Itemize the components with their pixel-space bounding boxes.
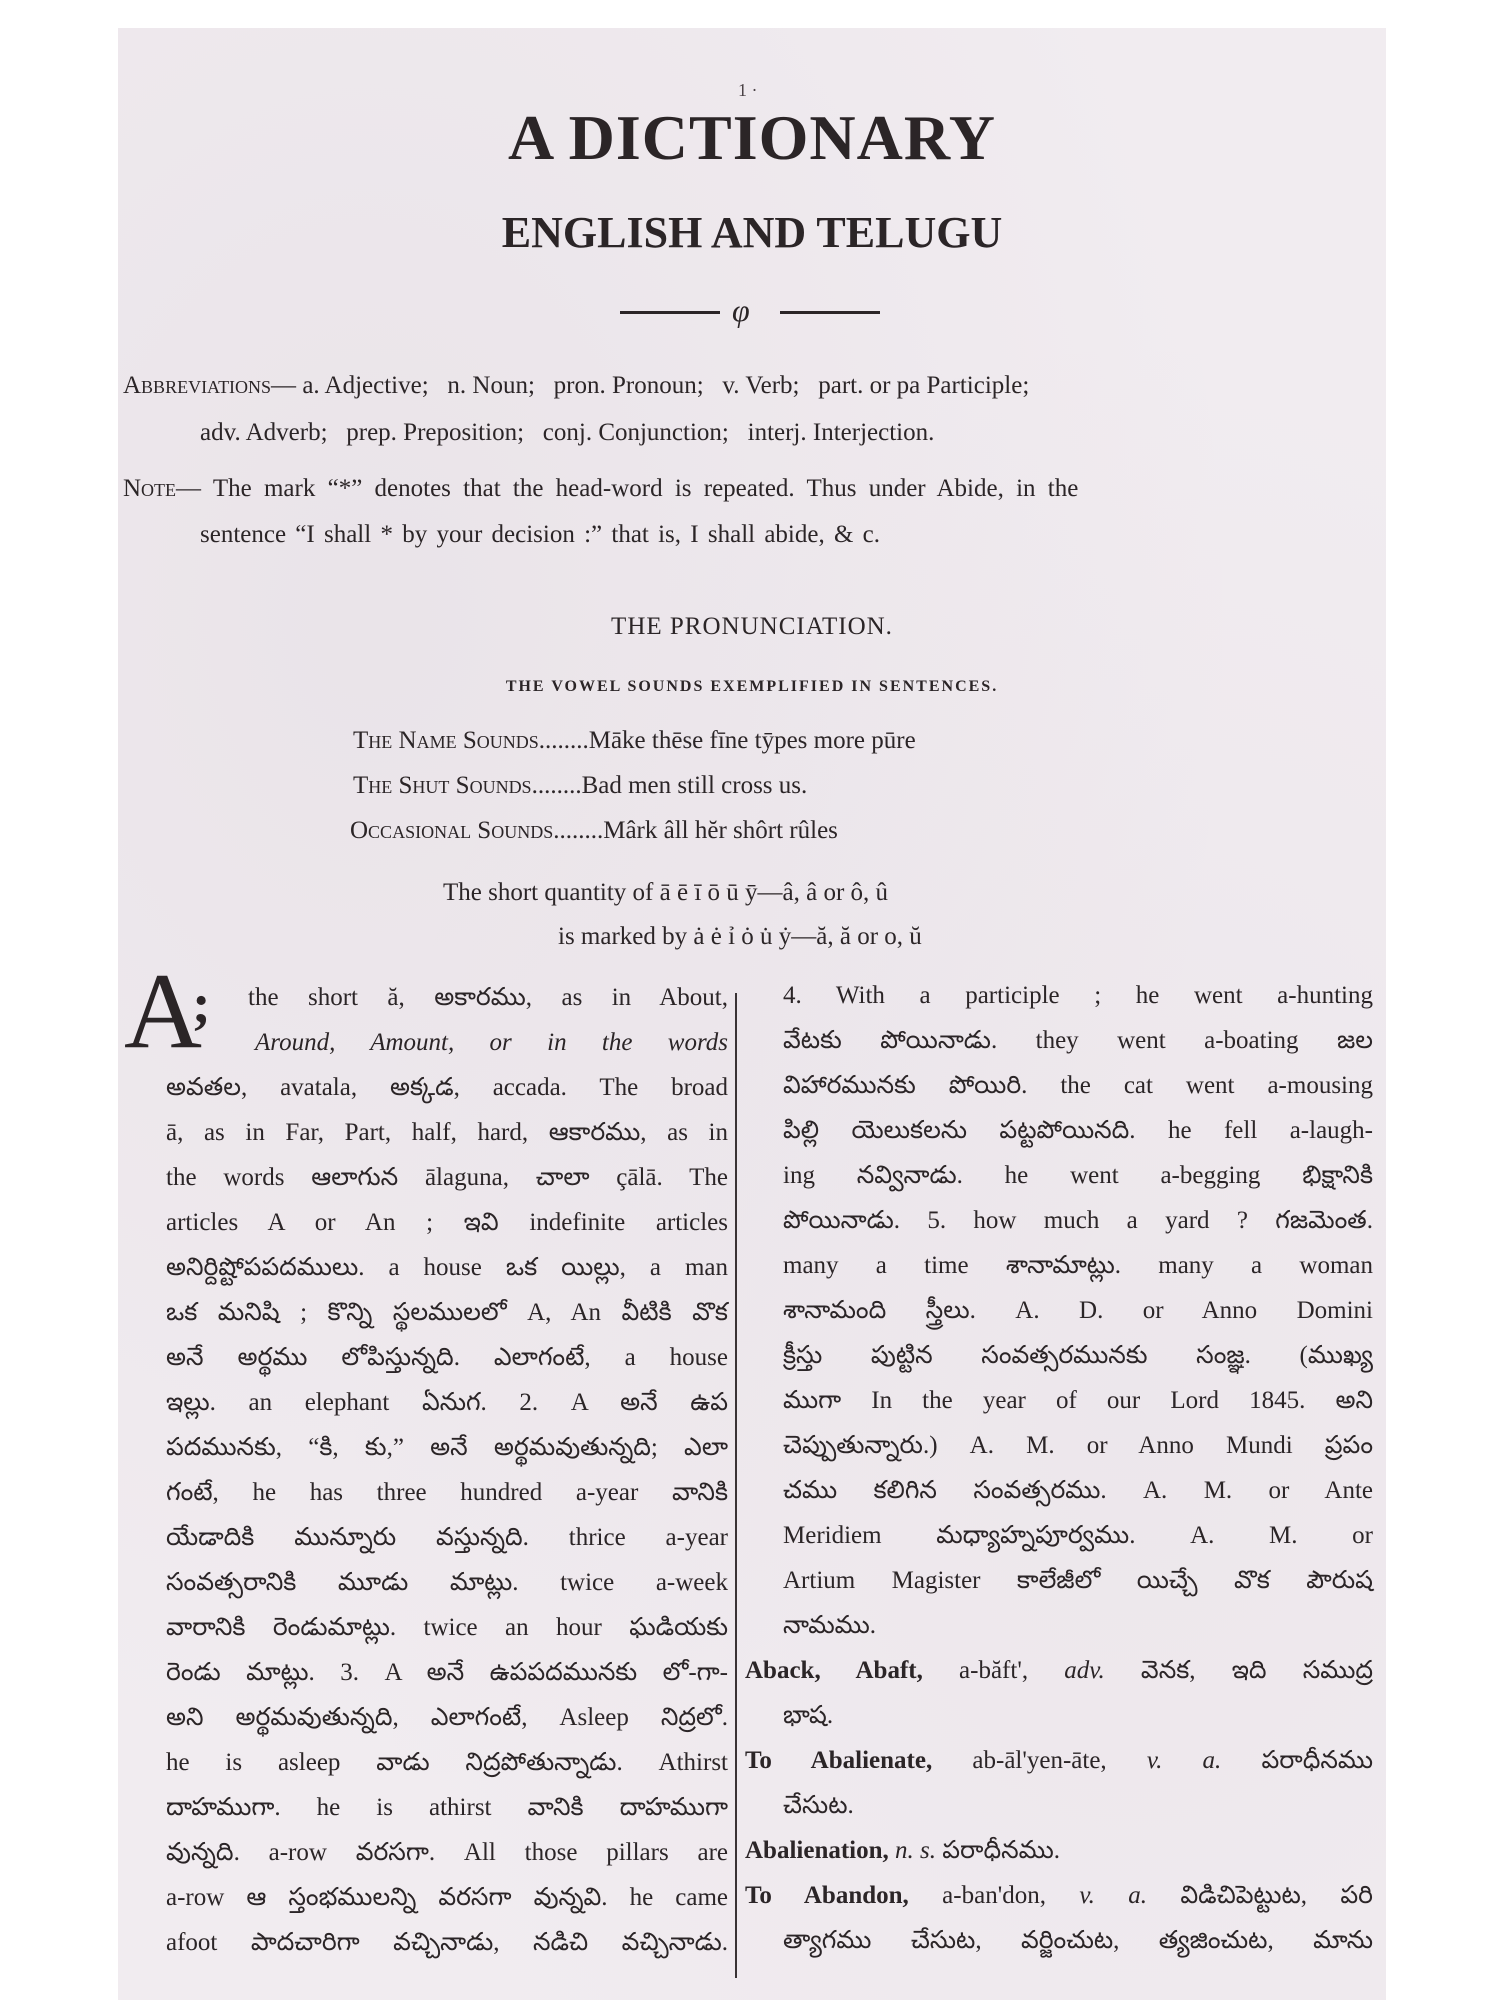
headword-dropcap: A — [124, 958, 202, 1066]
entry-headword: Aback, Abaft, — [745, 1657, 923, 1684]
entry-line: చము కలిగిన సంవత్సరము. A. M. or Ante — [783, 1478, 1373, 1503]
vowel-sounds-subtitle: THE VOWEL SOUNDS EXEMPLIFIED IN SENTENCE… — [118, 678, 1386, 696]
short-quantity-line-1: The short quantity of ā ē ī ō ū ȳ—â, â o… — [443, 880, 888, 905]
dictionary-entry-abandon: To Abandon, a-ban'don, v. a. విడిచిపెట్ట… — [745, 1883, 1373, 1908]
entry-continuation: త్యాగము చేసుట, వర్జించుట, త్యజించుట, మాన… — [783, 1928, 1373, 1953]
name-sounds-example: Māke thēse fīne tȳpes more pūre — [589, 727, 916, 754]
pronunciation-title: THE PRONUNCIATION. — [118, 613, 1386, 641]
entry-line: ఇల్లు. an elephant ఏనుగ. 2. A అనే ఉప — [166, 1390, 728, 1415]
entry-pos: v. a. — [1079, 1882, 1147, 1909]
entry-pronunciation: a-băft', — [959, 1657, 1028, 1684]
entry-line: ముగా In the year of our Lord 1845. అని — [783, 1388, 1373, 1413]
entry-headword: To Abalienate, — [745, 1747, 932, 1774]
entry-line: articles A or An ; ఇవి indefinite articl… — [166, 1210, 728, 1235]
page-title: A DICTIONARY — [118, 106, 1386, 170]
entry-line: పోయినాడు. 5. how much a yard ? గజమెంత. — [783, 1208, 1373, 1233]
occasional-sounds-row: Occasional Sounds........Mârk âll hĕr sh… — [350, 818, 838, 843]
note-label: Note— — [123, 475, 201, 502]
entry-line: ā, as in Far, Part, half, hard, ఆకారము, … — [166, 1120, 728, 1145]
entry-line: పదమునకు, “కి, కు,” అనే అర్థమవుతున్నది; ఎ… — [166, 1435, 728, 1460]
entry-line: వున్నది. a-row వరసగా. All those pillars … — [166, 1840, 728, 1865]
dictionary-entry-abalienate: To Abalienate, ab-āl'yen-āte, v. a. పరాధ… — [745, 1748, 1373, 1773]
dictionary-entry-aback: Aback, Abaft, a-băft', adv. వెనక, ఇది సమ… — [745, 1658, 1373, 1683]
entry-line: పిల్లి యెలుకలను పట్టపోయినది. he fell a-l… — [783, 1118, 1373, 1143]
page-subtitle: ENGLISH AND TELUGU — [118, 211, 1386, 255]
entry-line: అనిర్దిష్టోపపదములు. a house ఒక యిల్లు, a… — [166, 1255, 728, 1280]
ornament-divider: φ — [620, 298, 880, 328]
note-text-2: sentence “I shall * by your decision :” … — [200, 521, 880, 548]
shut-sounds-row: The Shut Sounds........Bad men still cro… — [353, 773, 807, 798]
entry-definition: పరాధీనము — [1262, 1747, 1374, 1774]
entry-line: a-row ఆ స్తంభములన్ని వరసగా వున్నవి. he c… — [166, 1885, 728, 1910]
entry-line: the words ఆలాగున ālaguna, చాలా çālā. The — [166, 1165, 728, 1190]
entry-continuation: చేసుట. — [783, 1793, 854, 1818]
entry-line: విహారమునకు పోయిరి. the cat went a-mousin… — [783, 1073, 1373, 1098]
note-line-1: Note— The mark “*” denotes that the head… — [123, 476, 1078, 501]
entry-headword: To Abandon, — [745, 1882, 909, 1909]
ornament-rule-left — [620, 311, 720, 314]
abbreviations-line-1: Abbreviations— a. Adjective; n. Noun; pr… — [123, 373, 1029, 398]
entry-line: చెప్పుతున్నారు.) A. M. or Anno Mundi ప్ర… — [783, 1433, 1373, 1458]
entry-line: దాహముగా. he is athirst వానికి దాహముగా — [166, 1795, 728, 1820]
entry-line: అవతల, avatala, అక్కడ, accada. The broad — [166, 1075, 728, 1100]
entry-pronunciation: a-ban'don, — [942, 1882, 1046, 1909]
entry-line: క్రీస్తు పుట్టిన సంవత్సరమునకు సంజ్ఞ. (ము… — [783, 1343, 1373, 1368]
entry-pronunciation: ab-āl'yen-āte, — [972, 1747, 1106, 1774]
entry-line: 4. With a participle ; he went a-hunting — [783, 983, 1373, 1008]
entry-line: అనే అర్థము లోపిస్తున్నది. ఎలాగంటే, a hou… — [166, 1345, 728, 1370]
headword-dropcap-punct: ; — [192, 976, 211, 1032]
entry-line: యేడాదికి మున్నూరు వస్తున్నది. thrice a-y… — [166, 1525, 728, 1550]
occasional-sounds-label: Occasional Sounds........ — [350, 817, 603, 844]
entry-definition: వెనక, ఇది సముద్ర — [1141, 1657, 1373, 1684]
entry-line: Artium Magister కాలేజీలో యిచ్చే వొక పౌరు… — [783, 1568, 1373, 1593]
entry-pos: v. a. — [1147, 1747, 1221, 1774]
entry-line: he is asleep వాడు నిద్రపోతున్నాడు. Athir… — [166, 1750, 728, 1775]
entry-pos: n. s. — [895, 1837, 936, 1864]
ornament-rule-right — [780, 311, 880, 314]
name-sounds-row: The Name Sounds........Māke thēse fīne t… — [353, 728, 916, 753]
dictionary-entry-abalienation: Abalienation, n. s. పరాధీనము. — [745, 1838, 1060, 1863]
entry-line: వారానికి రెండుమాట్లు. twice an hour ఘడియ… — [166, 1615, 728, 1640]
shut-sounds-example: Bad men still cross us. — [582, 772, 808, 799]
entry-pos: adv. — [1064, 1657, 1105, 1684]
entry-line: Around, Amount, or in the words — [255, 1030, 728, 1055]
entry-definition: పరాధీనము. — [942, 1837, 1060, 1864]
entry-line: రెండు మాట్లు. 3. A అనే ఉపపదమునకు లో-గా- — [166, 1660, 728, 1685]
occasional-sounds-example: Mârk âll hĕr shôrt rûles — [603, 817, 838, 844]
entry-line: శానామంది స్త్రీలు. A. D. or Anno Domini — [783, 1298, 1373, 1323]
page-mark: 1 · — [738, 80, 758, 101]
phi-ornament-icon: φ — [732, 292, 750, 329]
abbreviations-text-1: a. Adjective; n. Noun; pron. Pronoun; v.… — [302, 372, 1029, 399]
entry-continuation: భాష. — [783, 1703, 833, 1728]
entry-line: many a time శానామాట్లు. many a woman — [783, 1253, 1373, 1278]
entry-headword: Abalienation, — [745, 1837, 889, 1864]
abbreviations-label: Abbreviations— — [123, 372, 296, 399]
entry-line: ఒక మనిషి ; కొన్ని స్థలములలో A, An వీటికి… — [166, 1300, 728, 1325]
column-divider — [735, 993, 737, 1978]
note-text-1: The mark “*” denotes that the head-word … — [213, 475, 1078, 502]
entry-line: గంటే, he has three hundred a-year వానికి — [166, 1480, 728, 1505]
shut-sounds-label: The Shut Sounds........ — [353, 772, 582, 799]
short-quantity-line-2: is marked by ȧ ė ỉ ȯ u̇ ẏ—ă, ă or o, ŭ — [558, 924, 922, 949]
entry-line: నామము. — [783, 1613, 903, 1638]
dictionary-page: 1 · A DICTIONARY ENGLISH AND TELUGU φ Ab… — [118, 28, 1386, 2000]
note-line-2: sentence “I shall * by your decision :” … — [200, 522, 880, 547]
entry-line: the short ă, అకారము, as in About, — [248, 985, 728, 1010]
entry-definition: విడిచిపెట్టుట, పరి — [1180, 1882, 1373, 1909]
entry-line: అని అర్థమవుతున్నది, ఎలాగంటే, Asleep నిద్… — [166, 1705, 728, 1730]
name-sounds-label: The Name Sounds........ — [353, 727, 589, 754]
entry-line: సంవత్సరానికి మూడు మాట్లు. twice a-week — [166, 1570, 728, 1595]
entry-line: Meridiem మధ్యాహ్నపూర్వము. A. M. or — [783, 1523, 1373, 1548]
abbreviations-text-2: adv. Adverb; prep. Preposition; conj. Co… — [200, 419, 934, 446]
entry-line: ing నవ్వినాడు. he went a-begging భిక్షాన… — [783, 1163, 1373, 1188]
entry-line: వేటకు పోయినాడు. they went a-boating జల — [783, 1028, 1373, 1053]
abbreviations-line-2: adv. Adverb; prep. Preposition; conj. Co… — [200, 420, 934, 445]
entry-line: afoot పాదచారిగా వచ్చినాడు, నడిచి వచ్చినా… — [166, 1930, 728, 1955]
